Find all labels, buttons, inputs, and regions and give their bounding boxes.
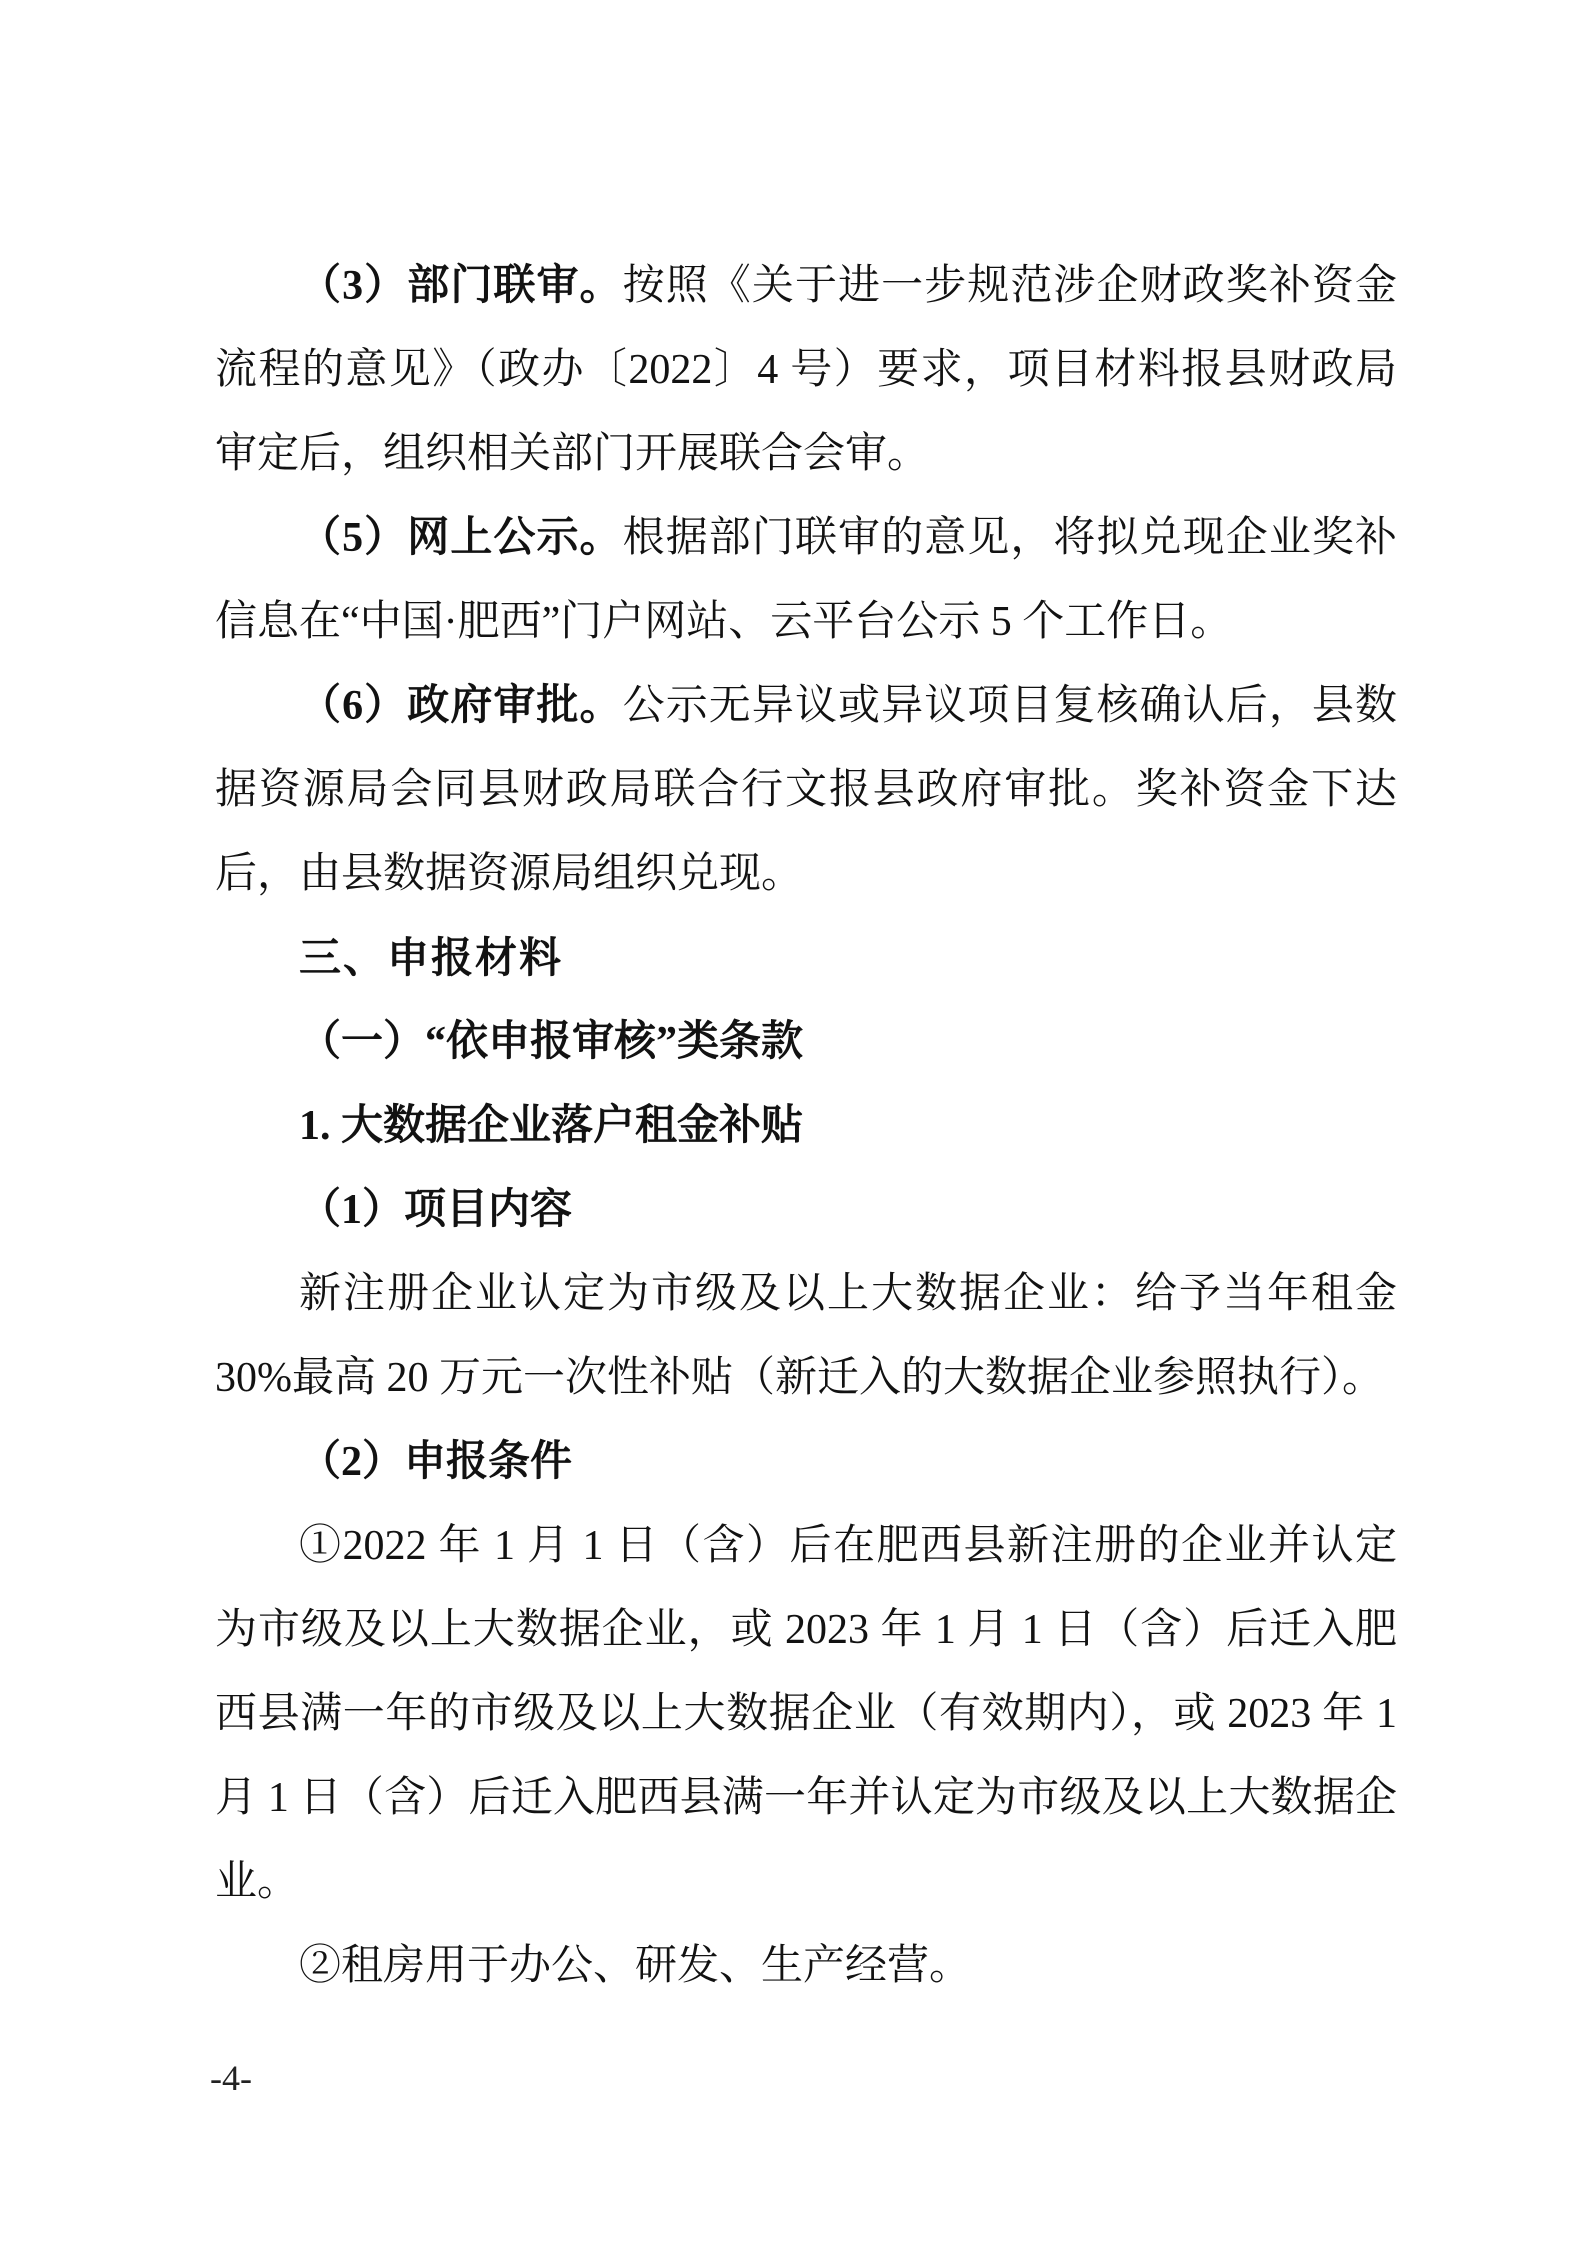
bold-text-run: 三、申报材料: [299, 934, 563, 981]
text-run: 据资源局会同县财政局联合行文报县政府审批。奖补资金下达: [215, 767, 1397, 813]
text-line-20: 业。: [215, 1840, 1397, 1924]
text-line-5: 信息在“中国·肥西”门户网站、云平台公示 5 个工作日。: [215, 580, 1397, 664]
text-run: 流程的意见》（政办〔2022〕4 号）要求，项目材料报县财政局: [215, 347, 1397, 393]
bold-text-run: 1. 大数据企业落户租金补贴: [299, 1103, 803, 1149]
text-line-16: ①2022 年 1 月 1 日（含）后在肥西县新注册的企业并认定: [215, 1504, 1397, 1588]
text-line-18: 西县满一年的市级及以上大数据企业（有效期内），或 2023 年 1: [215, 1672, 1397, 1756]
page-number: -4-: [210, 2056, 252, 2100]
text-run: 新注册企业认定为市级及以上大数据企业：给予当年租金: [299, 1271, 1397, 1317]
text-line-12: （1）项目内容: [215, 1168, 1397, 1252]
bold-text-run: （2）申报条件: [299, 1439, 572, 1485]
text-line-8: 后，由县数据资源局组织兑现。: [215, 832, 1397, 916]
text-line-6: （6）政府审批。公示无异议或异议项目复核确认后，县数: [215, 664, 1397, 748]
text-line-11: 1. 大数据企业落户租金补贴: [215, 1084, 1397, 1168]
text-line-19: 月 1 日（含）后迁入肥西县满一年并认定为市级及以上大数据企: [215, 1756, 1397, 1840]
text-run: 按照《关于进一步规范涉企财政奖补资金: [623, 263, 1397, 309]
text-line-9: 三、申报材料: [215, 916, 1397, 1000]
bold-text-run: （一）“依申报审核”类条款: [299, 1019, 803, 1065]
text-run: 公示无异议或异议项目复核确认后，县数: [623, 683, 1397, 729]
bold-text-run: （5）网上公示。: [299, 515, 623, 561]
text-run: 为市级及以上大数据企业，或 2023 年 1 月 1 日（含）后迁入肥: [215, 1607, 1397, 1653]
bold-text-run: （3）部门联审。: [299, 263, 623, 309]
text-run: ②租房用于办公、研发、生产经营。: [299, 1943, 971, 1989]
text-run: 业。: [215, 1859, 299, 1905]
text-line-17: 为市级及以上大数据企业，或 2023 年 1 月 1 日（含）后迁入肥: [215, 1588, 1397, 1672]
bold-text-run: （1）项目内容: [299, 1187, 572, 1233]
text-run: 后，由县数据资源局组织兑现。: [215, 851, 803, 897]
text-line-2: 流程的意见》（政办〔2022〕4 号）要求，项目材料报县财政局: [215, 328, 1397, 412]
text-line-15: （2）申报条件: [215, 1420, 1397, 1504]
text-line-1: （3）部门联审。按照《关于进一步规范涉企财政奖补资金: [215, 244, 1397, 328]
text-line-10: （一）“依申报审核”类条款: [215, 1000, 1397, 1084]
text-run: 审定后，组织相关部门开展联合会审。: [215, 431, 929, 477]
text-run: ①2022 年 1 月 1 日（含）后在肥西县新注册的企业并认定: [299, 1523, 1397, 1569]
text-line-13: 新注册企业认定为市级及以上大数据企业：给予当年租金: [215, 1252, 1397, 1336]
document-page: （3）部门联审。按照《关于进一步规范涉企财政奖补资金流程的意见》（政办〔2022…: [0, 0, 1587, 2245]
text-line-7: 据资源局会同县财政局联合行文报县政府审批。奖补资金下达: [215, 748, 1397, 832]
text-run: 根据部门联审的意见，将拟兑现企业奖补: [623, 515, 1397, 561]
text-run: 30%最高 20 万元一次性补贴（新迁入的大数据企业参照执行）。: [215, 1355, 1384, 1401]
text-line-21: ②租房用于办公、研发、生产经营。: [215, 1924, 1397, 2008]
bold-text-run: （6）政府审批。: [299, 683, 623, 729]
document-body: （3）部门联审。按照《关于进一步规范涉企财政奖补资金流程的意见》（政办〔2022…: [215, 244, 1397, 2008]
text-run: 信息在“中国·肥西”门户网站、云平台公示 5 个工作日。: [215, 599, 1232, 645]
text-line-14: 30%最高 20 万元一次性补贴（新迁入的大数据企业参照执行）。: [215, 1336, 1397, 1420]
text-line-4: （5）网上公示。根据部门联审的意见，将拟兑现企业奖补: [215, 496, 1397, 580]
text-run: 月 1 日（含）后迁入肥西县满一年并认定为市级及以上大数据企: [215, 1775, 1397, 1821]
text-line-3: 审定后，组织相关部门开展联合会审。: [215, 412, 1397, 496]
text-run: 西县满一年的市级及以上大数据企业（有效期内），或 2023 年 1: [215, 1691, 1397, 1737]
